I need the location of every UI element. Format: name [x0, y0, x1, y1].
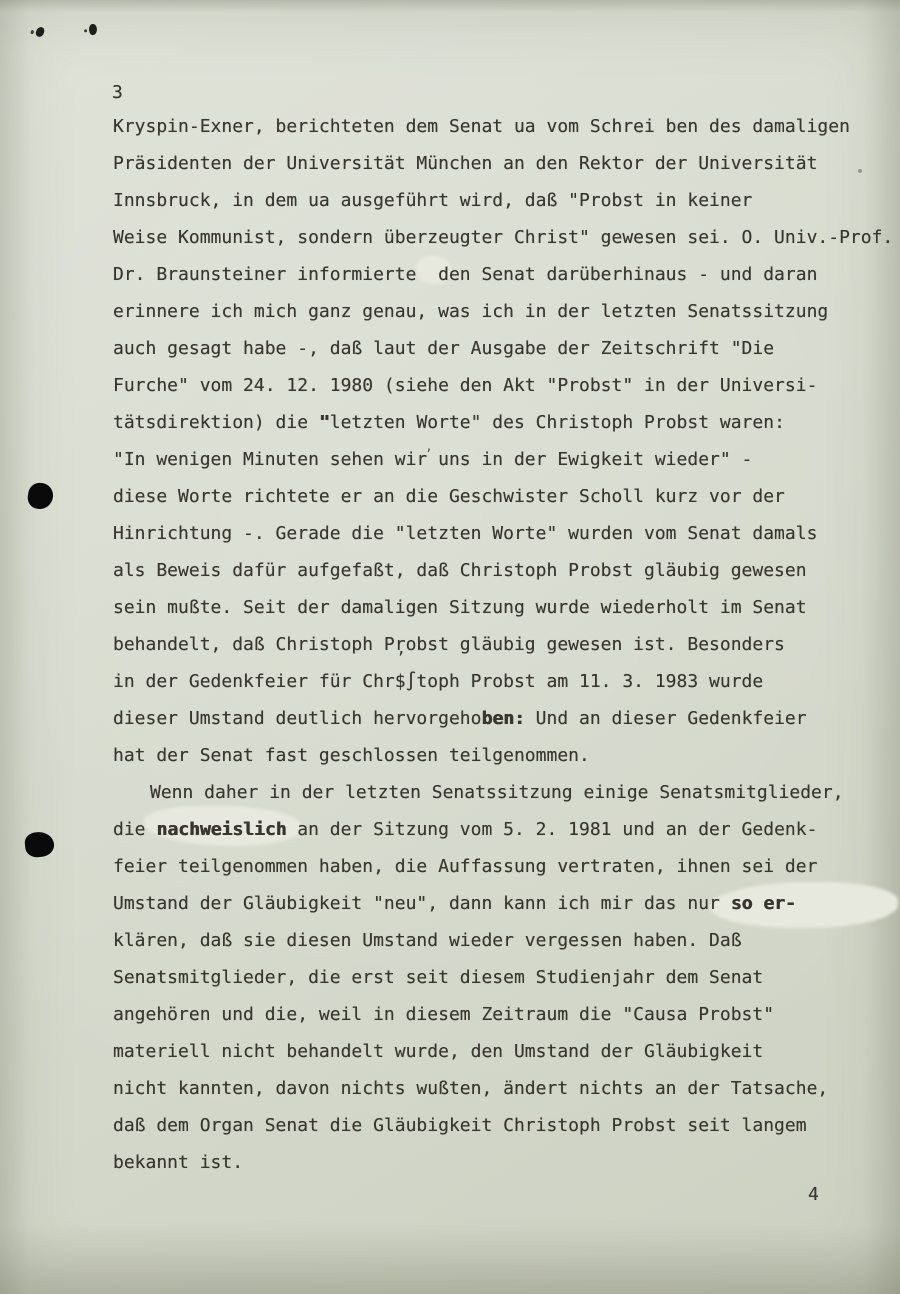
overtyped-text: ben:	[481, 708, 524, 729]
typed-text: tätsdirektion) die	[113, 412, 319, 433]
typed-text: nicht kannten, davon nichts wußten, ände…	[113, 1078, 828, 1099]
typed-text: letzten Worte" des Christoph Probst ware…	[330, 412, 785, 433]
text-line: dieser Umstand deutlich hervorgehoben: U…	[113, 700, 893, 737]
text-line: Präsidenten der Universität München an d…	[113, 145, 893, 182]
page-number-top: 3	[112, 82, 123, 103]
text-line: sein mußte. Seit der damaligen Sitzung w…	[113, 589, 893, 626]
text-line: nicht kannten, davon nichts wußten, ände…	[113, 1070, 893, 1107]
page-number-bottom: 4	[808, 1184, 819, 1205]
typed-text: Senatsmitglieder, die erst seit diesem S…	[113, 967, 763, 988]
text-line: Dr. Braunsteiner informierte den Senat d…	[113, 256, 893, 293]
typed-text: Weise Kommunist, sondern überzeugter Chr…	[113, 227, 893, 248]
text-block: Kryspin-Exner, berichteten dem Senat ua …	[113, 108, 893, 1181]
text-line: Umstand der Gläubigkeit "neu", dann kann…	[113, 885, 893, 922]
text-line: Hinrichtung -. Gerade die "letzten Worte…	[113, 515, 893, 552]
text-line: behandelt, daß Christoph Probst gläubig …	[113, 626, 893, 663]
typed-text: Umstand der Gläubigkeit "neu", dann kann…	[113, 893, 731, 914]
overtyped-text: nachweislich	[156, 819, 286, 840]
text-line: tätsdirektion) die "letzten Worte" des C…	[113, 404, 893, 441]
typed-text: auch gesagt habe -, daß laut der Ausgabe…	[113, 338, 774, 359]
typed-text: als Beweis dafür aufgefaßt, daß Christop…	[113, 560, 807, 581]
text-line: Furche" vom 24. 12. 1980 (siehe den Akt …	[113, 367, 893, 404]
typed-text: behandelt, daß Christoph Probst gläubig …	[113, 634, 785, 655]
typed-text: Dr. Braunsteiner informierte den Senat d…	[113, 264, 817, 285]
ink-speck	[88, 23, 98, 35]
text-line: Kryspin-Exner, berichteten dem Senat ua …	[113, 108, 893, 145]
text-line: klären, daß sie diesen Umstand wieder ve…	[113, 922, 893, 959]
text-line: in der Gedenkfeier für Chr$∫toph Probst …	[113, 663, 893, 700]
typed-text: daß dem Organ Senat die Gläubigkeit Chri…	[113, 1115, 807, 1136]
typed-text: dieser Umstand deutlich hervorgeho	[113, 708, 481, 729]
typed-text: materiell nicht behandelt wurde, den Ums…	[113, 1041, 763, 1062]
text-line: materiell nicht behandelt wurde, den Ums…	[113, 1033, 893, 1070]
typed-text: sein mußte. Seit der damaligen Sitzung w…	[113, 597, 807, 618]
overtyped-text: so er-	[731, 893, 796, 914]
typed-text: diese Worte richtete er an die Geschwist…	[113, 486, 785, 507]
scanned-document-page: ’ ’ 3 4 Kryspin-Exner, berichteten dem S…	[0, 0, 900, 1294]
text-line: erinnere ich mich ganz genau, was ich in…	[113, 293, 893, 330]
overtyped-text: "	[319, 412, 330, 433]
text-line: als Beweis dafür aufgefaßt, daß Christop…	[113, 552, 893, 589]
text-line: Senatsmitglieder, die erst seit diesem S…	[113, 959, 893, 996]
ink-speck	[35, 26, 45, 38]
typed-text: in der Gedenkfeier für Chr$∫toph Probst …	[113, 671, 763, 692]
typed-text: erinnere ich mich ganz genau, was ich in…	[113, 301, 828, 322]
text-line: "In wenigen Minuten sehen wir uns in der…	[113, 441, 893, 478]
typed-text: Und an dieser Gedenkfeier	[525, 708, 807, 729]
typed-text: feier teilgenommen haben, die Auffassung…	[113, 856, 817, 877]
text-line: bekannt ist.	[113, 1144, 893, 1181]
text-line: Wenn daher in der letzten Senatssitzung …	[113, 774, 893, 811]
typed-text: die	[113, 819, 156, 840]
typed-text: klären, daß sie diesen Umstand wieder ve…	[113, 930, 742, 951]
text-line: Innsbruck, in dem ua ausgeführt wird, da…	[113, 182, 893, 219]
text-line: auch gesagt habe -, daß laut der Ausgabe…	[113, 330, 893, 367]
ink-blob	[24, 831, 55, 859]
text-line: diese Worte richtete er an die Geschwist…	[113, 478, 893, 515]
typed-text: bekannt ist.	[113, 1152, 243, 1173]
text-line: angehören und die, weil in diesem Zeitra…	[113, 996, 893, 1033]
text-line: die nachweislich an der Sitzung vom 5. 2…	[113, 811, 893, 848]
typed-text: Innsbruck, in dem ua ausgeführt wird, da…	[113, 190, 752, 211]
typed-text: angehören und die, weil in diesem Zeitra…	[113, 1004, 774, 1025]
typed-text: Wenn daher in der letzten Senatssitzung …	[150, 782, 844, 803]
typed-text: Präsidenten der Universität München an d…	[113, 153, 817, 174]
typed-text: hat der Senat fast geschlossen teilgenom…	[113, 745, 590, 766]
text-line: hat der Senat fast geschlossen teilgenom…	[113, 737, 893, 774]
ink-blob	[26, 481, 54, 510]
text-line: daß dem Organ Senat die Gläubigkeit Chri…	[113, 1107, 893, 1144]
typed-text: Hinrichtung -. Gerade die "letzten Worte…	[113, 523, 817, 544]
text-line: feier teilgenommen haben, die Auffassung…	[113, 848, 893, 885]
typed-text: Furche" vom 24. 12. 1980 (siehe den Akt …	[113, 375, 817, 396]
typed-text: "In wenigen Minuten sehen wir uns in der…	[113, 449, 752, 470]
typed-text: Kryspin-Exner, berichteten dem Senat ua …	[113, 116, 850, 137]
text-line: Weise Kommunist, sondern überzeugter Chr…	[113, 219, 893, 256]
typed-text: an der Sitzung vom 5. 2. 1981 und an der…	[286, 819, 817, 840]
